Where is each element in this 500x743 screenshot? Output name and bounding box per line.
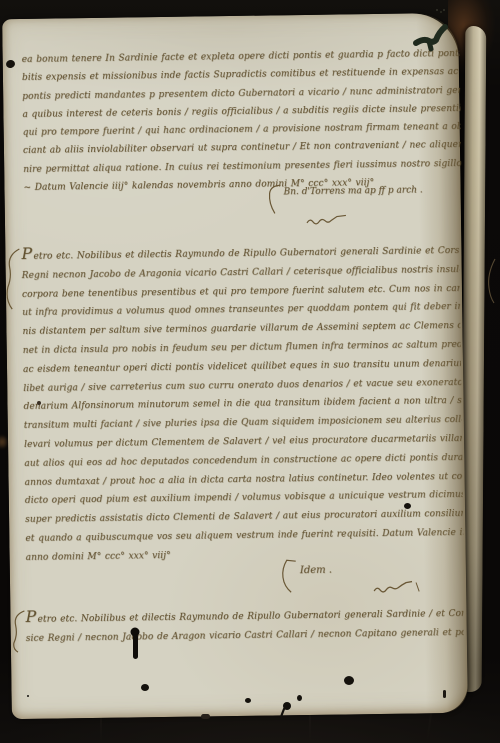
paragraph-1: ea bonum tenere In Sardinie facte et exp… xyxy=(22,45,462,197)
ink-blot xyxy=(344,676,354,685)
scribble-mark xyxy=(372,580,422,595)
ink-blot-tadpole xyxy=(129,627,143,661)
ink-blot xyxy=(245,698,251,703)
ink-blot xyxy=(297,695,302,701)
paragraph-2: Petro etc. Nobilibus et dilectis Raymund… xyxy=(21,239,463,568)
scribble-mark xyxy=(305,214,351,227)
ink-blot-tadpole xyxy=(280,701,292,719)
paragraph-3: Petro etc. Nobilibus et dilectis Raymund… xyxy=(25,602,464,648)
edge-pen-curve xyxy=(486,258,498,304)
rust-stain xyxy=(0,434,7,450)
ink-blot xyxy=(201,714,210,719)
manuscript-photo: ea bonum tenere In Sardinie facte et exp… xyxy=(0,0,500,743)
ink-blot xyxy=(27,695,29,697)
ink-blot xyxy=(141,684,149,691)
bracket-mark xyxy=(280,558,299,594)
cloth-crease xyxy=(309,714,311,743)
manuscript-page: ea bonum tenere In Sardinie facte et exp… xyxy=(2,13,468,719)
ink-blot xyxy=(404,503,411,509)
ink-blot xyxy=(37,401,41,405)
chancery-note: Bn. d'Torrens ma ap ff p arch . xyxy=(284,185,423,197)
chancery-note: Idem . xyxy=(300,565,332,576)
bracket-mark xyxy=(266,183,282,215)
ink-blot-y-shaped xyxy=(410,22,450,54)
ink-specks xyxy=(436,9,438,11)
cloth-crease xyxy=(100,716,102,743)
ink-blot xyxy=(443,690,446,698)
